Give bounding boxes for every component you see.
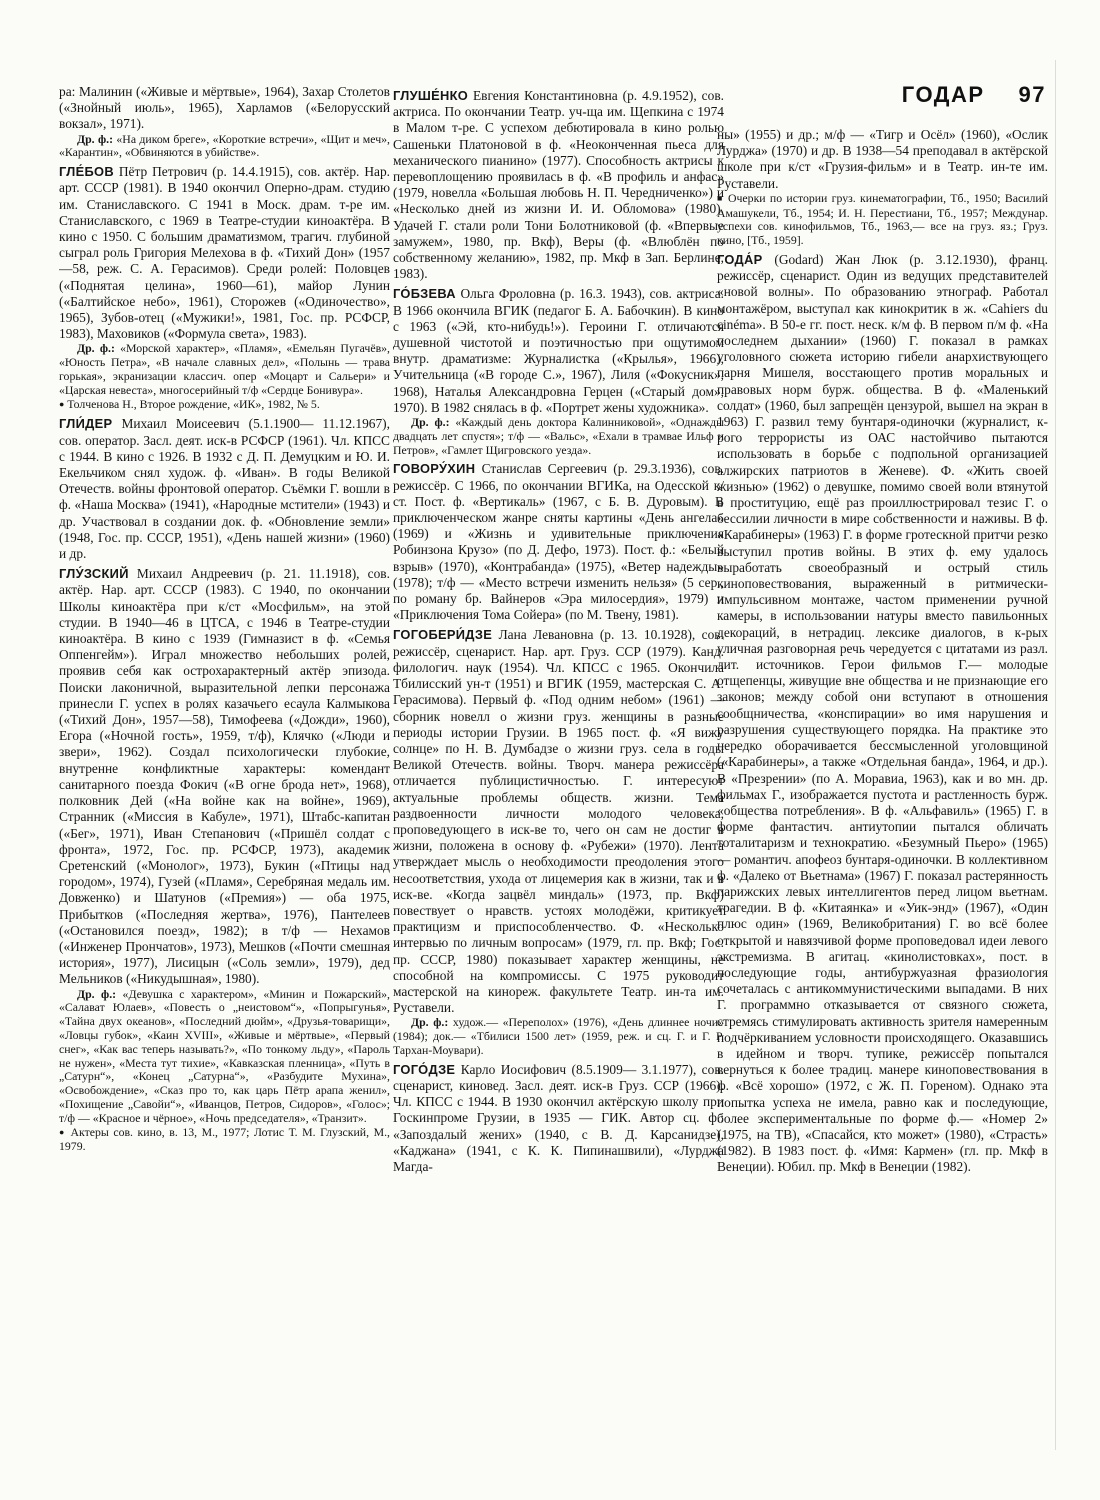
page-edge-line — [1055, 60, 1056, 1450]
column-left: ра: Малинин («Живые и мёртвые», 1964), З… — [59, 84, 390, 1484]
other-films-label: Др. ф.: — [411, 1015, 448, 1029]
entry-text: Пётр Петрович (р. 14.4.1915), сов. актёр… — [59, 164, 390, 341]
bibliography-gogodze: ■ Очерки по истории груз. кинематографии… — [717, 192, 1048, 248]
continuation-glazyrin: ра: Малинин («Живые и мёртвые», 1964), З… — [59, 84, 390, 133]
entry-godard: ГОДА́Р (Godard) Жан Люк (р. 3.12.1930), … — [717, 252, 1048, 1176]
entry-headword: ГЛУШЕ́НКО — [393, 88, 468, 103]
entry-text: Ольга Фроловна (р. 16.3. 1943), сов. акт… — [393, 286, 724, 414]
other-films-label: Др. ф.: — [411, 415, 450, 429]
other-films-label: Др. ф.: — [77, 987, 116, 1001]
other-films-label: Др. ф.: — [77, 341, 115, 355]
running-head-word: ГОДАР — [902, 82, 985, 108]
entry-text: Евгения Константиновна (р. 4.9.1952), со… — [393, 88, 724, 281]
entry-text: Станислав Сергеевич (р. 29.3.1936), сов.… — [393, 461, 724, 622]
entry-headword: ГОГО́ДЗЕ — [393, 1062, 455, 1077]
entry-headword: ГЛУ́ЗСКИЙ — [59, 566, 129, 581]
entry-text: Лана Левановна (р. 13. 10.1928), сов. ре… — [393, 627, 724, 1015]
continuation-gogodze: ны» (1955) и др.; м/ф — «Тигр и Осёл» (1… — [717, 127, 1048, 192]
filmography-glazyrin: Др. ф.: «На диком бреге», «Короткие встр… — [59, 133, 390, 161]
entry-headword: ГЛИ́ДЕР — [59, 416, 112, 431]
bibliography-text: Актеры сов. кино, в. 13, М., 1977; Лотис… — [59, 1125, 390, 1154]
entry-headword: ГО́БЗЕВА — [393, 286, 456, 301]
entry-govorukhin: ГОВОРУ́ХИН Станислав Сергеевич (р. 29.3.… — [393, 461, 724, 623]
filmography-text: «Девушка с характером», «Минин и Пожарск… — [59, 987, 390, 1125]
page-number: 97 — [1019, 82, 1046, 108]
running-head: ГОДАР 97 — [902, 82, 1046, 108]
entry-headword: ГЛЕ́БОВ — [59, 164, 114, 179]
bullet-marker-icon: ● — [59, 399, 64, 409]
bibliography-text: Очерки по истории груз. кинематографии, … — [717, 191, 1048, 247]
bullet-marker-icon: ● — [59, 1127, 66, 1137]
entry-text: Карло Иосифович (8.5.1909— 3.1.1977), со… — [393, 1062, 724, 1174]
square-marker-icon: ■ — [717, 193, 724, 203]
entry-headword: ГОВОРУ́ХИН — [393, 461, 475, 476]
encyclopedia-page: ГОДАР 97 ра: Малинин («Живые и мёртвые»,… — [0, 0, 1100, 1500]
bibliography-text: Толченова Н., Второе рождение, «ИК», 198… — [67, 397, 319, 411]
entry-headword: ГОГОБЕРИ́ДЗЕ — [393, 627, 492, 642]
entry-headword: ГОДА́Р — [717, 252, 762, 267]
entry-gogoberidze: ГОГОБЕРИ́ДЗЕ Лана Левановна (р. 13. 10.1… — [393, 627, 724, 1016]
entry-text: (Godard) Жан Люк (р. 3.12.1930), франц. … — [717, 252, 1048, 1174]
entry-text: Михаил Моисеевич (5.1.1900— 11.12.1967),… — [59, 416, 390, 561]
entry-text: Михаил Андреевич (р. 21. 11.1918), сов. … — [59, 566, 390, 986]
bibliography-glebov: ● Толченова Н., Второе рождение, «ИК», 1… — [59, 398, 390, 413]
column-middle: ГЛУШЕ́НКО Евгения Константиновна (р. 4.9… — [393, 84, 724, 1484]
filmography-gluzsky: Др. ф.: «Девушка с характером», «Минин и… — [59, 988, 390, 1126]
entry-gogodze: ГОГО́ДЗЕ Карло Иосифович (8.5.1909— 3.1.… — [393, 1062, 724, 1175]
other-films-label: Др. ф.: — [77, 132, 113, 146]
bibliography-gluzsky: ● Актеры сов. кино, в. 13, М., 1977; Лот… — [59, 1126, 390, 1155]
entry-gluzsky: ГЛУ́ЗСКИЙ Михаил Андреевич (р. 21. 11.19… — [59, 566, 390, 987]
filmography-gobzeva: Др. ф.: «Каждый день доктора Калинниково… — [393, 416, 724, 457]
entry-glushenko: ГЛУШЕ́НКО Евгения Константиновна (р. 4.9… — [393, 88, 724, 282]
filmography-glebov: Др. ф.: «Морской характер», «Пламя», «Ем… — [59, 342, 390, 397]
entry-gobzeva: ГО́БЗЕВА Ольга Фроловна (р. 16.3. 1943),… — [393, 286, 724, 416]
filmography-gogoberidze: Др. ф.: худож.— «Переполох» (1976), «Ден… — [393, 1016, 724, 1057]
column-right: ны» (1955) и др.; м/ф — «Тигр и Осёл» (1… — [717, 127, 1048, 1487]
entry-glider: ГЛИ́ДЕР Михаил Моисеевич (5.1.1900— 11.1… — [59, 416, 390, 562]
entry-glebov: ГЛЕ́БОВ Пётр Петрович (р. 14.4.1915), со… — [59, 164, 390, 342]
